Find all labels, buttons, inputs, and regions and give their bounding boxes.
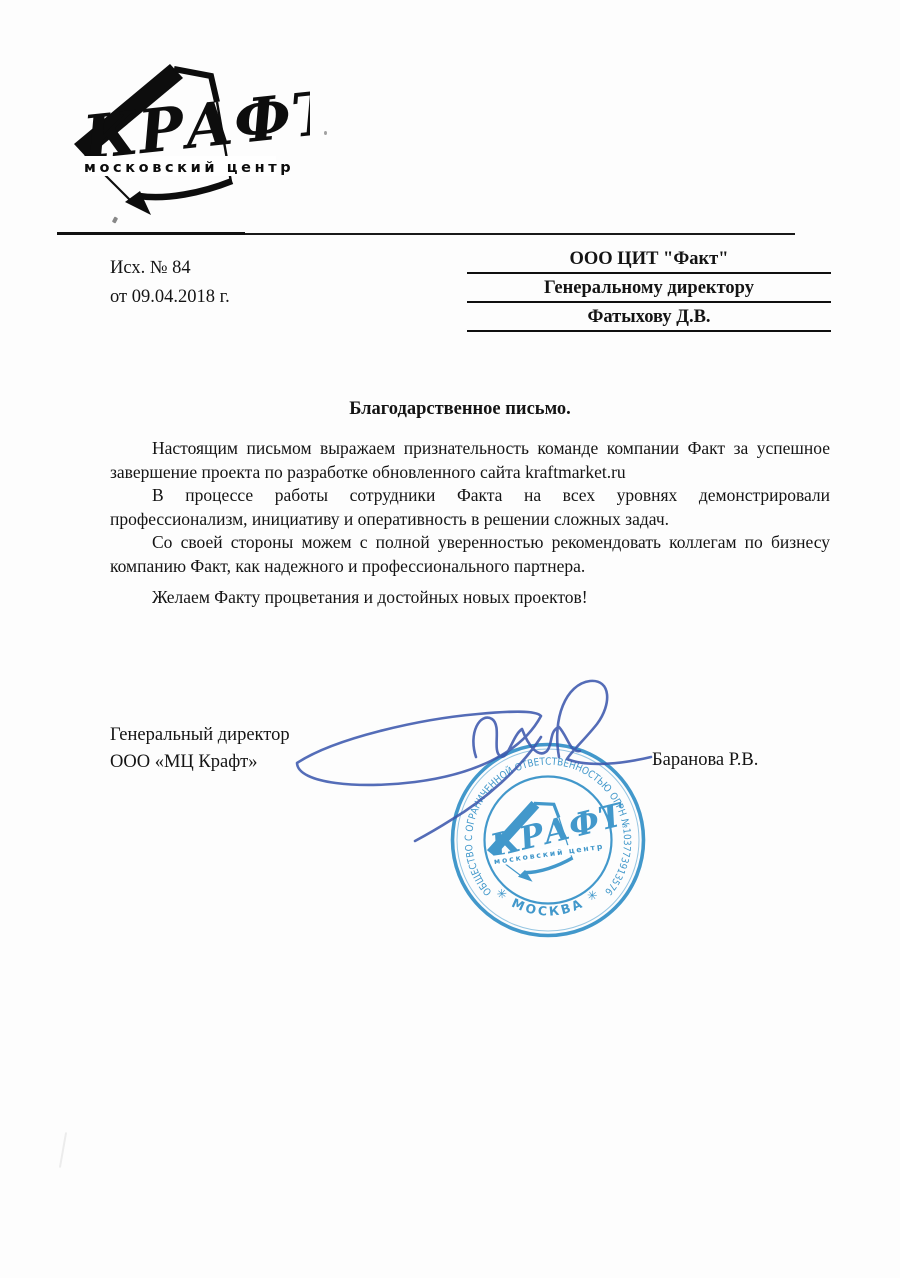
recipient-position: Генеральному директору xyxy=(467,276,831,303)
signature-descender xyxy=(415,737,541,841)
scan-speck xyxy=(59,1132,67,1168)
letter-body: Настоящим письмом выражаем признательнос… xyxy=(110,437,830,610)
letter-page: КРАФТ московский центр Исх. № 84 от 09.0… xyxy=(0,0,900,1278)
outgoing-ref-block: Исх. № 84 от 09.04.2018 г. xyxy=(110,254,230,312)
letter-paragraph-wish: Желаем Факту процветания и достойных нов… xyxy=(110,586,830,610)
scan-speck xyxy=(324,131,327,135)
signature-loop xyxy=(297,712,541,785)
letter-paragraph: Настоящим письмом выражаем признательнос… xyxy=(110,437,830,484)
recipient-block: ООО ЦИТ "Факт" Генеральному директору Фа… xyxy=(467,247,831,334)
director-signature xyxy=(270,660,690,880)
recipient-company: ООО ЦИТ "Факт" xyxy=(467,247,831,274)
signature-scrawl xyxy=(473,718,580,757)
signer-position-line1: Генеральный директор xyxy=(110,722,290,749)
letter-paragraph: Со своей стороны можем с полной уверенно… xyxy=(110,531,830,578)
signature-ascender xyxy=(557,681,651,764)
company-logo: КРАФТ московский центр xyxy=(70,60,310,220)
letter-title: Благодарственное письмо. xyxy=(110,399,810,420)
outgoing-ref-date: от 09.04.2018 г. xyxy=(110,283,230,312)
scan-speck xyxy=(112,216,118,223)
signer-position-block: Генеральный директор ООО «МЦ Крафт» xyxy=(110,722,290,776)
signer-position-line2: ООО «МЦ Крафт» xyxy=(110,749,290,776)
letter-paragraph: В процессе работы сотрудники Факта на вс… xyxy=(110,484,830,531)
recipient-person: Фатыхову Д.В. xyxy=(467,305,831,332)
outgoing-ref-number: Исх. № 84 xyxy=(110,254,230,283)
header-divider-thick-segment xyxy=(57,232,245,236)
